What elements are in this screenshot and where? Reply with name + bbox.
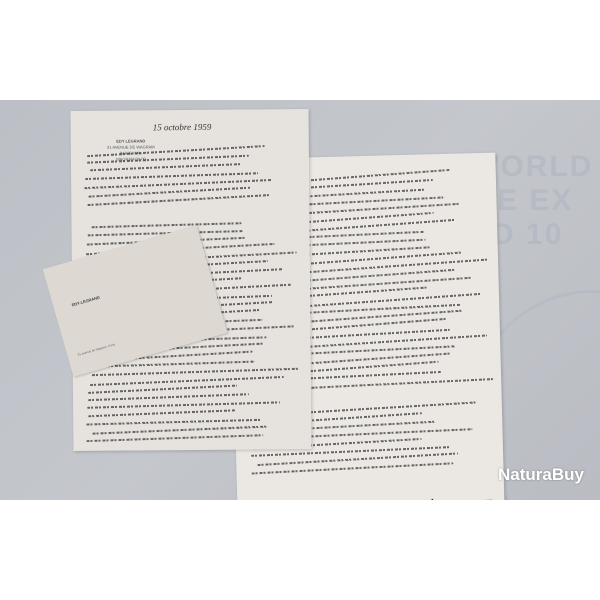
card-address: 31 avenue de Wagram, Paris <box>77 342 115 357</box>
handwriting-stroke <box>92 425 268 434</box>
handwriting-stroke <box>88 384 236 393</box>
handwriting-stroke <box>86 434 263 441</box>
handwriting-stroke <box>88 393 248 401</box>
handwriting-stroke <box>90 164 242 172</box>
handwriting-stroke <box>85 172 258 179</box>
handwriting-stroke <box>90 376 284 386</box>
handwriting-stroke <box>87 155 249 164</box>
handwriting-stroke <box>92 368 300 376</box>
handwriting-stroke <box>87 402 280 409</box>
handwriting-stroke <box>91 222 241 228</box>
handwriting-stroke <box>86 418 261 424</box>
photo-background: WORLDME EXED 10 Edy Legrand EDY LEGRAND … <box>0 100 600 500</box>
handwriting-stroke <box>88 410 235 418</box>
naturabuy-logo: NaturaBuy <box>498 465 584 485</box>
handwriting-stroke <box>87 194 269 206</box>
card-name: EDY-LEGRAND <box>71 295 100 308</box>
